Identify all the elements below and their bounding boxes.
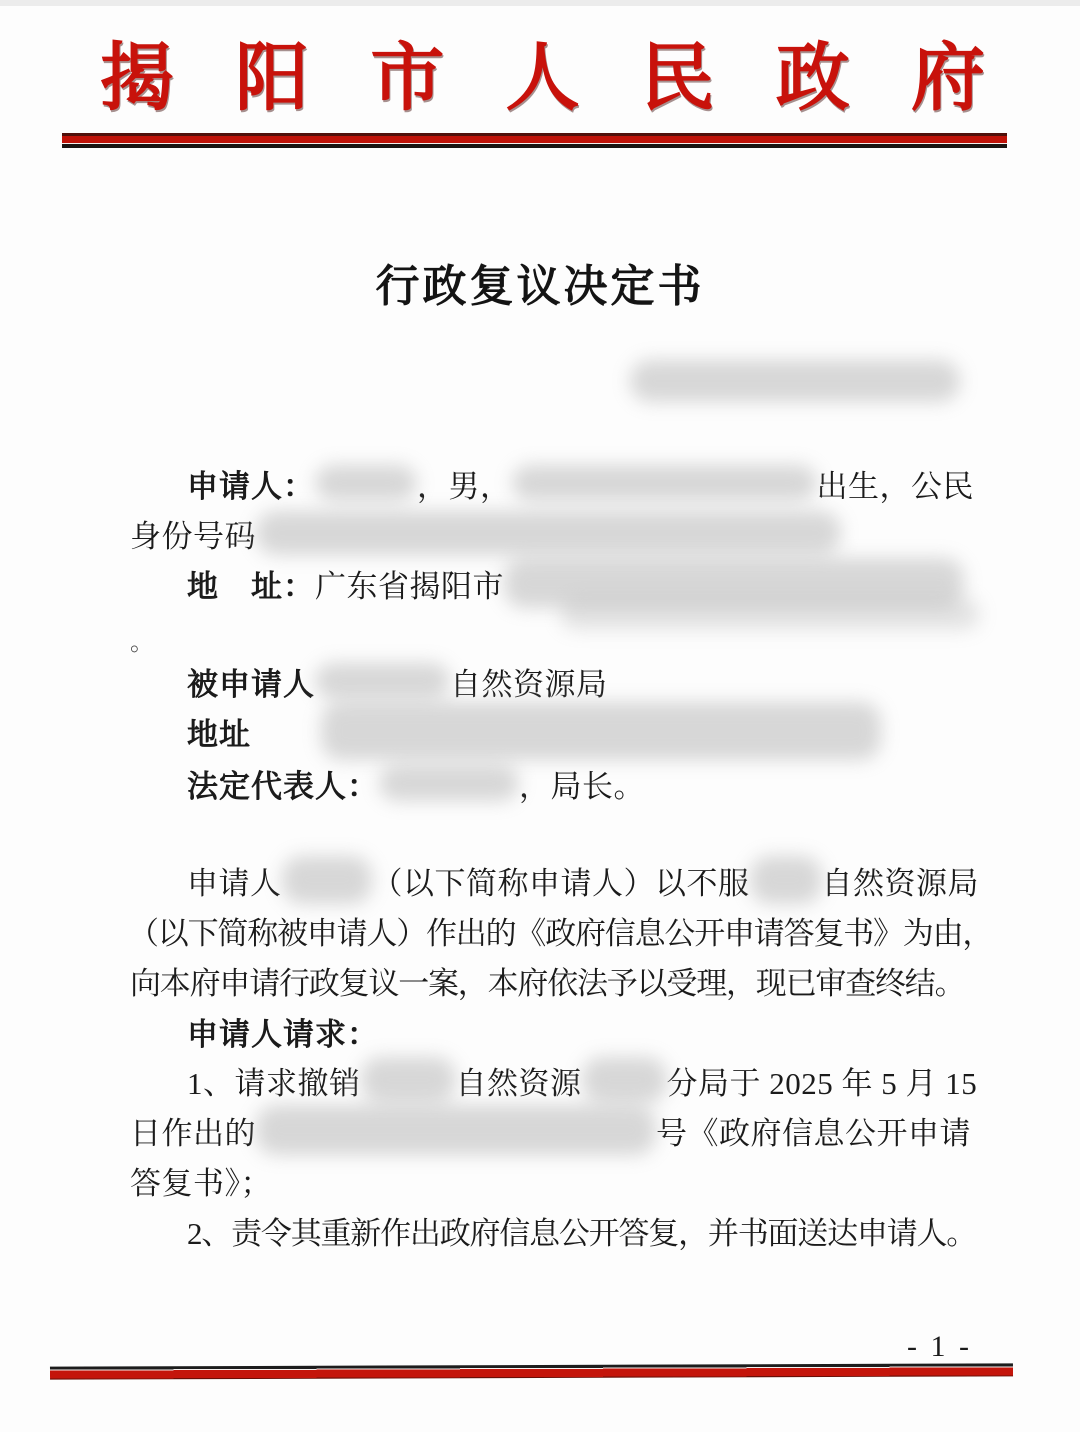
redaction-branch-name <box>582 1057 667 1103</box>
case-summary-line-3: 向本府申请行政复议一案，本府依法予以受理，现已审查终结。 <box>130 957 964 1003</box>
request-1-e: 号《政府信息公开申请 <box>656 1108 971 1153</box>
scan-edge-strip <box>0 0 1080 6</box>
document-page: 揭 阳 市 人 民 政 府 行政复议决定书 申请人： ，男， 出生，公民 身份号… <box>0 0 1080 1432</box>
request-1-c: 分局于 2025 年 5 月 15 <box>667 1058 978 1103</box>
page-number: - 1 - <box>907 1330 972 1364</box>
address-text: 广东省揭阳市 <box>315 561 504 606</box>
applicant-gender: ，男， <box>417 461 512 506</box>
document-title: 行政复议决定书 <box>0 250 1080 314</box>
legal-rep-line: 法定代表人： ，局长。 <box>187 760 645 806</box>
redaction-doc-number <box>630 360 960 402</box>
legal-rep-label: 法定代表人： <box>187 761 379 806</box>
redaction-respondent-name <box>315 663 450 699</box>
redaction-city-name-2 <box>361 1057 456 1103</box>
redaction-city-name <box>750 856 822 904</box>
respondent-text: 自然资源局 <box>450 659 608 704</box>
request-2-line: 2、责令其重新作出政府信息公开答复，并书面送达申请人。 <box>187 1207 976 1253</box>
case-summary-line-2: （以下简称被申请人）作出的《政府信息公开申请答复书》为由， <box>128 907 992 953</box>
request-1-line-1: 1、请求撤销 自然资源 分局于 2025 年 5 月 15 <box>187 1057 977 1103</box>
applicant-line: 申请人： ，男， 出生，公民 <box>187 460 974 506</box>
request-1-f: 答复书》； <box>130 1158 272 1203</box>
redaction-id-number <box>256 511 841 555</box>
applicant-birth-suffix: 出生，公民 <box>817 461 975 506</box>
address-label: 地 址： <box>187 561 315 606</box>
letterhead-char: 市 <box>370 42 444 116</box>
redaction-address-wrap <box>560 598 980 630</box>
letterhead-char: 揭 <box>100 42 174 116</box>
request-1-d: 日作出的 <box>130 1108 256 1153</box>
case-summary-b: （以下简称申请人）以不服 <box>372 858 750 903</box>
applicant-label: 申请人： <box>187 461 315 506</box>
case-summary-line-1: 申请人 （以下简称申请人）以不服 自然资源局 <box>187 857 979 903</box>
request-1-b: 自然资源 <box>456 1058 582 1103</box>
letterhead-char: 政 <box>776 42 850 116</box>
redaction-birthdate <box>512 465 817 501</box>
redaction-doc-ref <box>256 1105 656 1155</box>
letterhead-char: 人 <box>505 42 579 116</box>
case-summary-c: 自然资源局 <box>822 858 980 903</box>
redaction-respondent-address <box>321 702 881 760</box>
redaction-applicant-name <box>282 856 372 904</box>
respondent-line: 被申请人 自然资源局 <box>187 658 608 704</box>
redaction-name <box>315 465 417 501</box>
request-2: 2、责令其重新作出政府信息公开答复，并书面送达申请人。 <box>187 1208 976 1253</box>
legal-rep-title: ，局长。 <box>519 761 645 806</box>
redaction-legal-rep-name <box>379 765 519 801</box>
request-heading: 申请人请求： <box>187 1009 379 1054</box>
id-number-line: 身份号码 <box>130 510 841 556</box>
request-1-line-3: 答复书》； <box>130 1157 272 1203</box>
respondent-address-label: 地址 <box>187 709 251 754</box>
request-1-line-2: 日作出的 号《政府信息公开申请 <box>130 1107 971 1153</box>
request-heading-line: 申请人请求： <box>187 1008 379 1054</box>
letterhead-rule <box>62 133 1007 148</box>
address-period: 。 <box>130 622 154 657</box>
case-summary-d: （以下简称被申请人）作出的《政府信息公开申请答复书》为由， <box>128 908 992 953</box>
letterhead-char: 民 <box>641 42 715 116</box>
letterhead-char: 阳 <box>235 42 309 116</box>
footer-rule <box>50 1363 1013 1379</box>
letterhead-char: 府 <box>911 42 985 116</box>
case-summary-a: 申请人 <box>187 858 282 903</box>
letterhead-title: 揭 阳 市 人 民 政 府 <box>100 36 985 122</box>
respondent-label: 被申请人 <box>187 659 315 704</box>
respondent-address-line: 地址 <box>187 708 881 754</box>
id-number-label: 身份号码 <box>130 511 256 556</box>
request-1-a: 1、请求撤销 <box>187 1058 361 1103</box>
case-summary-e: 向本府申请行政复议一案，本府依法予以受理，现已审查终结。 <box>130 958 964 1003</box>
